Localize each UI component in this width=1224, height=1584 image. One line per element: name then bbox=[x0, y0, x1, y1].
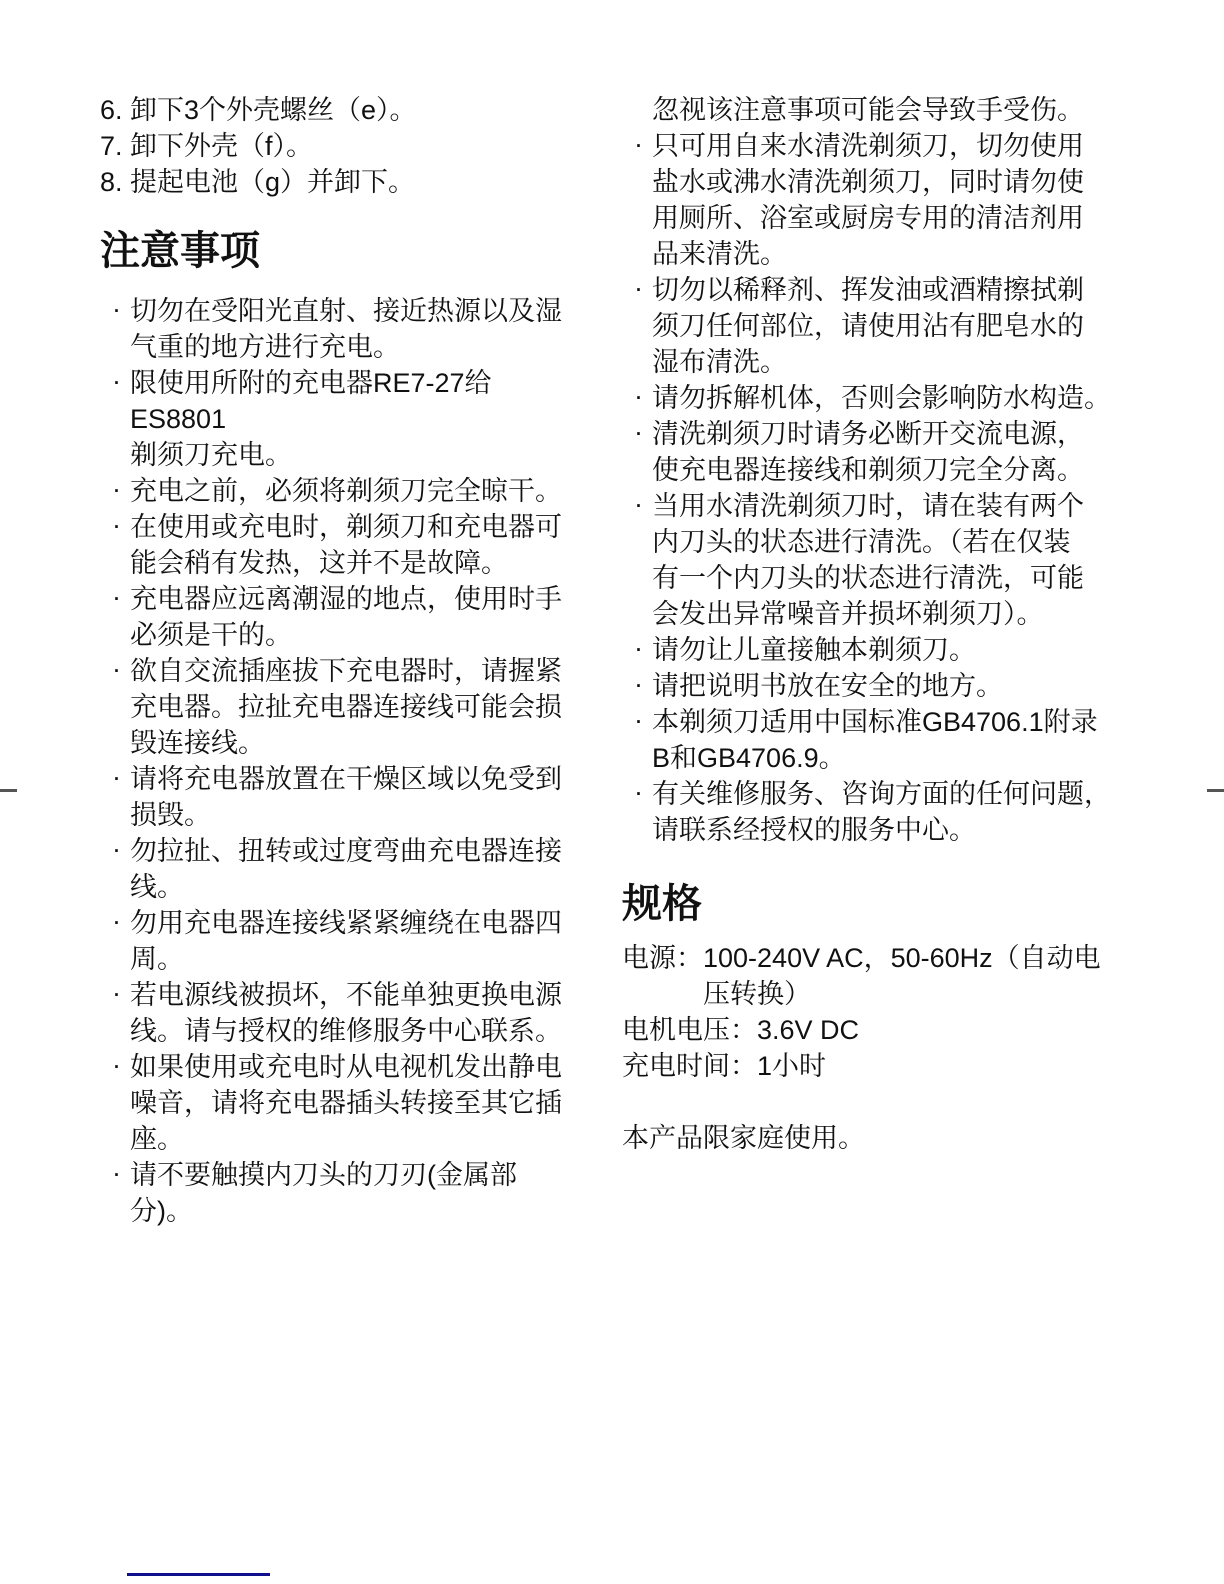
list-item-text: 请勿让儿童接触本剃须刀。 bbox=[652, 635, 976, 665]
list-item: · 请将充电器放置在干燥区域以免受到 损毁。 bbox=[100, 761, 576, 833]
specs-heading: 规格 bbox=[622, 881, 1114, 927]
list-item: · 请把说明书放在安全的地方。 bbox=[622, 668, 1114, 704]
left-column: 6. 卸下3个外壳螺丝（e）。 7. 卸下外壳（f）。 8. 提起电池（g）并卸… bbox=[100, 92, 576, 1229]
spec-value: 1小时 bbox=[757, 1048, 826, 1084]
spec-row: 电源： 100-240V AC，50-60Hz（自动电 压转换） bbox=[622, 940, 1114, 1012]
manual-page: 6. 卸下3个外壳螺丝（e）。 7. 卸下外壳（f）。 8. 提起电池（g）并卸… bbox=[0, 0, 1224, 1584]
list-item-text: 充电之前，必须将剃须刀完全晾干。 bbox=[130, 476, 562, 506]
list-item-text: 若电源线被损坏，不能单独更换电源 线。请与授权的维修服务中心联系。 bbox=[130, 980, 562, 1046]
list-item: · 有关维修服务、咨询方面的任何问题， 请联系经授权的服务中心。 bbox=[622, 776, 1114, 848]
bullet-dot: · bbox=[112, 1047, 121, 1083]
list-item-text: 请将充电器放置在干燥区域以免受到 损毁。 bbox=[130, 764, 562, 830]
list-item: · 本剃须刀适用中国标准GB4706.1附录 B和GB4706.9。 bbox=[622, 704, 1114, 776]
spec-label: 充电时间： bbox=[622, 1048, 757, 1084]
continuation-text: 忽视该注意事项可能会导致手受伤。 bbox=[622, 92, 1114, 128]
list-item-text: 本剃须刀适用中国标准GB4706.1附录 B和GB4706.9。 bbox=[652, 707, 1098, 773]
spec-label: 电源： bbox=[622, 940, 703, 1012]
list-item: · 充电之前，必须将剃须刀完全晾干。 bbox=[100, 473, 576, 509]
list-item: · 清洗剃须刀时请务必断开交流电源， 使充电器连接线和剃须刀完全分离。 bbox=[622, 416, 1114, 488]
bullet-dot: · bbox=[634, 126, 643, 162]
step-text: 卸下外壳（f）。 bbox=[130, 128, 313, 164]
bullet-dot: · bbox=[634, 414, 643, 450]
spec-row: 电机电压： 3.6V DC bbox=[622, 1012, 1114, 1048]
list-item: · 限使用所附的充电器RE7-27给ES8801 剃须刀充电。 bbox=[100, 365, 576, 473]
crop-mark-left bbox=[0, 789, 17, 792]
bullet-dot: · bbox=[112, 291, 121, 327]
crop-mark-right bbox=[1207, 789, 1224, 792]
precautions-list-right: · 只可用自来水清洗剃须刀，切勿使用 盐水或沸水清洗剃须刀，同时请勿使 用厕所、… bbox=[622, 128, 1114, 848]
specs-list: 电源： 100-240V AC，50-60Hz（自动电 压转换） 电机电压： 3… bbox=[622, 940, 1114, 1084]
step-text: 卸下3个外壳螺丝（e）。 bbox=[130, 92, 417, 128]
bullet-dot: · bbox=[112, 831, 121, 867]
list-item: · 勿拉扯、扭转或过度弯曲充电器连接 线。 bbox=[100, 833, 576, 905]
list-item-text: 请勿拆解机体，否则会影响防水构造。 bbox=[652, 383, 1111, 413]
step-item: 7. 卸下外壳（f）。 bbox=[100, 128, 576, 164]
list-item: · 如果使用或充电时从电视机发出静电 噪音，请将充电器插头转接至其它插 座。 bbox=[100, 1049, 576, 1157]
list-item: · 切勿以稀释剂、挥发油或酒精擦拭剃 须刀任何部位，请使用沾有肥皂水的 湿布清洗… bbox=[622, 272, 1114, 380]
step-number: 6. bbox=[100, 92, 130, 128]
list-item-text: 在使用或充电时，剃须刀和充电器可 能会稍有发热，这并不是故障。 bbox=[130, 512, 562, 578]
bullet-dot: · bbox=[634, 270, 643, 306]
list-item: · 请不要触摸内刀头的刀刃(金属部分)。 bbox=[100, 1157, 576, 1229]
bullet-dot: · bbox=[112, 471, 121, 507]
list-item-text: 只可用自来水清洗剃须刀，切勿使用 盐水或沸水清洗剃须刀，同时请勿使 用厕所、浴室… bbox=[652, 131, 1084, 269]
household-use-note: 本产品限家庭使用。 bbox=[622, 1120, 1114, 1156]
list-item-text: 有关维修服务、咨询方面的任何问题， 请联系经授权的服务中心。 bbox=[652, 779, 1111, 845]
bullet-dot: · bbox=[112, 579, 121, 615]
bullet-dot: · bbox=[112, 759, 121, 795]
bottom-divider-line bbox=[127, 1573, 270, 1576]
spec-value: 100-240V AC，50-60Hz（自动电 压转换） bbox=[703, 940, 1101, 1012]
bullet-dot: · bbox=[112, 975, 121, 1011]
step-item: 6. 卸下3个外壳螺丝（e）。 bbox=[100, 92, 576, 128]
bullet-dot: · bbox=[112, 1155, 121, 1191]
list-item-text: 欲自交流插座拔下充电器时，请握紧 充电器。拉扯充电器连接线可能会损 毁连接线。 bbox=[130, 656, 562, 758]
precautions-list-left: · 切勿在受阳光直射、接近热源以及湿 气重的地方进行充电。 · 限使用所附的充电… bbox=[100, 293, 576, 1229]
list-item-text: 充电器应远离潮湿的地点，使用时手 必须是干的。 bbox=[130, 584, 562, 650]
right-column: 忽视该注意事项可能会导致手受伤。 · 只可用自来水清洗剃须刀，切勿使用 盐水或沸… bbox=[622, 92, 1114, 1156]
list-item: · 请勿让儿童接触本剃须刀。 bbox=[622, 632, 1114, 668]
step-number: 7. bbox=[100, 128, 130, 164]
list-item-text: 请把说明书放在安全的地方。 bbox=[652, 671, 1003, 701]
list-item-text: 限使用所附的充电器RE7-27给ES8801 剃须刀充电。 bbox=[130, 368, 492, 470]
bullet-dot: · bbox=[634, 774, 643, 810]
list-item: · 若电源线被损坏，不能单独更换电源 线。请与授权的维修服务中心联系。 bbox=[100, 977, 576, 1049]
bullet-dot: · bbox=[634, 486, 643, 522]
bullet-dot: · bbox=[634, 630, 643, 666]
bullet-dot: · bbox=[112, 651, 121, 687]
list-item: · 勿用充电器连接线紧紧缠绕在电器四 周。 bbox=[100, 905, 576, 977]
list-item-text: 切勿在受阳光直射、接近热源以及湿 气重的地方进行充电。 bbox=[130, 296, 562, 362]
bullet-dot: · bbox=[634, 702, 643, 738]
list-item: · 欲自交流插座拔下充电器时，请握紧 充电器。拉扯充电器连接线可能会损 毁连接线… bbox=[100, 653, 576, 761]
bullet-dot: · bbox=[112, 507, 121, 543]
list-item-text: 当用水清洗剃须刀时，请在装有两个 内刀头的状态进行清洗。（若在仅装 有一个内刀头… bbox=[652, 491, 1084, 629]
bullet-dot: · bbox=[634, 378, 643, 414]
step-item: 8. 提起电池（g）并卸下。 bbox=[100, 164, 576, 200]
list-item: · 请勿拆解机体，否则会影响防水构造。 bbox=[622, 380, 1114, 416]
bullet-dot: · bbox=[112, 363, 121, 399]
list-item-text: 切勿以稀释剂、挥发油或酒精擦拭剃 须刀任何部位，请使用沾有肥皂水的 湿布清洗。 bbox=[652, 275, 1084, 377]
precautions-heading: 注意事项 bbox=[100, 228, 576, 274]
bullet-dot: · bbox=[112, 903, 121, 939]
list-item: · 在使用或充电时，剃须刀和充电器可 能会稍有发热，这并不是故障。 bbox=[100, 509, 576, 581]
spec-value: 3.6V DC bbox=[757, 1012, 859, 1048]
list-item-text: 勿拉扯、扭转或过度弯曲充电器连接 线。 bbox=[130, 836, 562, 902]
list-item: · 只可用自来水清洗剃须刀，切勿使用 盐水或沸水清洗剃须刀，同时请勿使 用厕所、… bbox=[622, 128, 1114, 272]
list-item-text: 勿用充电器连接线紧紧缠绕在电器四 周。 bbox=[130, 908, 562, 974]
spec-label: 电机电压： bbox=[622, 1012, 757, 1048]
step-number: 8. bbox=[100, 164, 130, 200]
bullet-dot: · bbox=[634, 666, 643, 702]
list-item-text: 如果使用或充电时从电视机发出静电 噪音，请将充电器插头转接至其它插 座。 bbox=[130, 1052, 562, 1154]
list-item-text: 请不要触摸内刀头的刀刃(金属部分)。 bbox=[130, 1160, 517, 1226]
steps-list: 6. 卸下3个外壳螺丝（e）。 7. 卸下外壳（f）。 8. 提起电池（g）并卸… bbox=[100, 92, 576, 200]
list-item: · 当用水清洗剃须刀时，请在装有两个 内刀头的状态进行清洗。（若在仅装 有一个内… bbox=[622, 488, 1114, 632]
list-item: · 充电器应远离潮湿的地点，使用时手 必须是干的。 bbox=[100, 581, 576, 653]
list-item: · 切勿在受阳光直射、接近热源以及湿 气重的地方进行充电。 bbox=[100, 293, 576, 365]
list-item-text: 清洗剃须刀时请务必断开交流电源， 使充电器连接线和剃须刀完全分离。 bbox=[652, 419, 1084, 485]
step-text: 提起电池（g）并卸下。 bbox=[130, 164, 415, 200]
spec-row: 充电时间： 1小时 bbox=[622, 1048, 1114, 1084]
